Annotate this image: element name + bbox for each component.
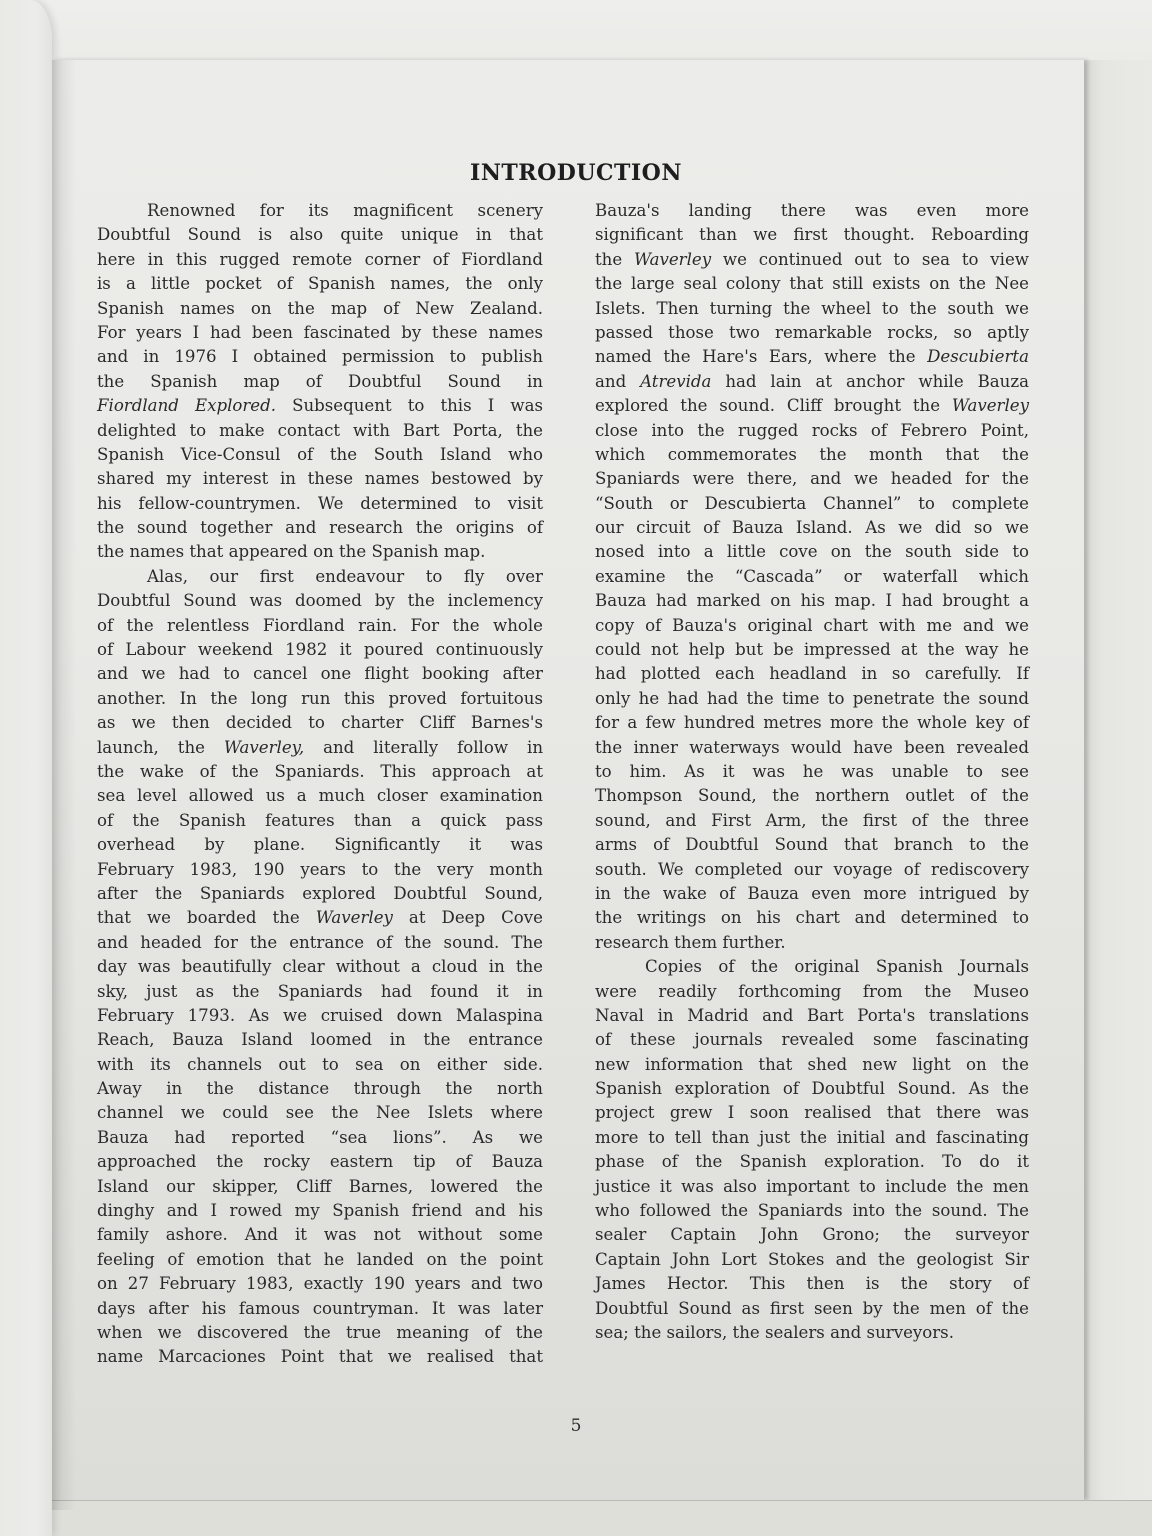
text-line: family ashore. And it was not without so…: [97, 1223, 543, 1247]
text-segment: to him. As it was he was unable to see: [595, 762, 1029, 781]
text-line: and headed for the entrance of the sound…: [97, 931, 543, 955]
text-segment: named the Hare's Ears, where the: [595, 347, 927, 366]
text-segment: Away in the distance through the north: [97, 1079, 543, 1098]
text-segment: here in this rugged remote corner of Fio…: [97, 250, 543, 269]
italic-text: Waverley: [634, 250, 711, 269]
text-segment: sealer Captain John Grono; the surveyor: [595, 1225, 1029, 1244]
page-title: INTRODUCTION: [0, 160, 1152, 186]
text-segment: the large seal colony that still exists …: [595, 274, 1029, 293]
text-line: nosed into a little cove on the south si…: [595, 540, 1029, 564]
italic-text: Waverley,: [224, 738, 304, 757]
text-segment: Reach, Bauza Island loomed in the entran…: [97, 1030, 543, 1049]
text-segment: on 27 February 1983, exactly 190 years a…: [97, 1274, 543, 1293]
text-line: Alas, our first endeavour to fly over: [97, 565, 543, 589]
text-segment: family ashore. And it was not without so…: [97, 1225, 543, 1244]
text-line: Fiordland Explored. Subsequent to this I…: [97, 394, 543, 418]
text-segment: the wake of the Spaniards. This approach…: [97, 762, 543, 781]
text-line: day was beautifully clear without a clou…: [97, 955, 543, 979]
text-segment: Spanish Vice-Consul of the South Island …: [97, 445, 543, 464]
text-segment: were readily forthcoming from the Museo: [595, 982, 1029, 1001]
text-line: sound, and First Arm, the first of the t…: [595, 809, 1029, 833]
text-line: of the relentless Fiordland rain. For th…: [97, 614, 543, 638]
text-segment: Spanish names on the map of New Zealand.: [97, 299, 543, 318]
italic-text: Fiordland Explored.: [97, 396, 276, 415]
text-segment: justice it was also important to include…: [595, 1177, 1029, 1196]
text-line: the names that appeared on the Spanish m…: [97, 540, 543, 564]
text-line: Spanish Vice-Consul of the South Island …: [97, 443, 543, 467]
text-line: explored the sound. Cliff brought the Wa…: [595, 394, 1029, 418]
text-segment: with its channels out to sea on either s…: [97, 1055, 543, 1074]
text-segment: arms of Doubtful Sound that branch to th…: [595, 835, 1029, 854]
text-line: after the Spaniards explored Doubtful So…: [97, 882, 543, 906]
text-segment: dinghy and I rowed my Spanish friend and…: [97, 1201, 543, 1220]
text-line: another. In the long run this proved for…: [97, 687, 543, 711]
text-line: were readily forthcoming from the Museo: [595, 980, 1029, 1004]
text-segment: Naval in Madrid and Bart Porta's transla…: [595, 1006, 1029, 1025]
italic-text: Waverley: [316, 908, 393, 927]
text-line: passed those two remarkable rocks, so ap…: [595, 321, 1029, 345]
text-line: which commemorates the month that the: [595, 443, 1029, 467]
text-segment: our circuit of Bauza Island. As we did s…: [595, 518, 1029, 537]
text-segment: nosed into a little cove on the south si…: [595, 542, 1029, 561]
text-segment: Doubtful Sound is also quite unique in t…: [97, 225, 543, 244]
text-line: Captain John Lort Stokes and the geologi…: [595, 1248, 1029, 1272]
text-line: Doubtful Sound as first seen by the men …: [595, 1297, 1029, 1321]
text-segment: of Labour weekend 1982 it poured continu…: [97, 640, 543, 659]
text-segment: Captain John Lort Stokes and the geologi…: [595, 1250, 1029, 1269]
text-line: who followed the Spaniards into the soun…: [595, 1199, 1029, 1223]
text-line: copy of Bauza's original chart with me a…: [595, 614, 1029, 638]
text-segment: research them further.: [595, 933, 786, 952]
text-segment: days after his famous countryman. It was…: [97, 1299, 543, 1318]
text-line: and we had to cancel one flight booking …: [97, 662, 543, 686]
text-segment: channel we could see the Nee Islets wher…: [97, 1103, 543, 1122]
text-segment: as we then decided to charter Cliff Barn…: [97, 713, 543, 732]
text-line: February 1793. As we cruised down Malasp…: [97, 1004, 543, 1028]
text-segment: name Marcaciones Point that we realised …: [97, 1347, 543, 1366]
text-segment: and headed for the entrance of the sound…: [97, 933, 543, 952]
text-line: south. We completed our voyage of redisc…: [595, 858, 1029, 882]
text-line: research them further.: [595, 931, 1029, 955]
italic-text: Descubierta: [927, 347, 1029, 366]
text-segment: shared my interest in these names bestow…: [97, 469, 543, 488]
text-segment: that we boarded the: [97, 908, 316, 927]
text-segment: significant than we first thought. Reboa…: [595, 225, 1029, 244]
text-line: the writings on his chart and determined…: [595, 906, 1029, 930]
text-line: dinghy and I rowed my Spanish friend and…: [97, 1199, 543, 1223]
text-segment: Spaniards were there, and we headed for …: [595, 469, 1029, 488]
text-segment: Doubtful Sound was doomed by the incleme…: [97, 591, 543, 610]
text-segment: James Hector. This then is the story of: [595, 1274, 1029, 1293]
text-segment: sky, just as the Spaniards had found it …: [97, 982, 543, 1001]
text-segment: which commemorates the month that the: [595, 445, 1029, 464]
text-line: project grew I soon realised that there …: [595, 1101, 1029, 1125]
text-line: that we boarded the Waverley at Deep Cov…: [97, 906, 543, 930]
text-line: and Atrevida had lain at anchor while Ba…: [595, 370, 1029, 394]
text-segment: overhead by plane. Significantly it was: [97, 835, 543, 854]
text-segment: approached the rocky eastern tip of Bauz…: [97, 1152, 543, 1171]
text-line: of these journals revealed some fascinat…: [595, 1028, 1029, 1052]
text-line: the Spanish map of Doubtful Sound in: [97, 370, 543, 394]
previous-page-edge: [0, 0, 52, 1536]
text-segment: had plotted each headland in so carefull…: [595, 664, 1029, 683]
text-column-right: Bauza's landing there was even moresigni…: [595, 199, 1029, 1345]
text-line: new information that shed new light on t…: [595, 1053, 1029, 1077]
background-surface: [0, 0, 1152, 62]
text-segment: explored the sound. Cliff brought the: [595, 396, 952, 415]
text-line: named the Hare's Ears, where the Descubi…: [595, 345, 1029, 369]
text-line: days after his famous countryman. It was…: [97, 1297, 543, 1321]
text-segment: the writings on his chart and determined…: [595, 908, 1029, 927]
text-line: with its channels out to sea on either s…: [97, 1053, 543, 1077]
text-segment: Islets. Then turning the wheel to the so…: [595, 299, 1029, 318]
text-line: as we then decided to charter Cliff Barn…: [97, 711, 543, 735]
text-segment: of the relentless Fiordland rain. For th…: [97, 616, 543, 635]
text-line: Away in the distance through the north: [97, 1077, 543, 1101]
text-line: of the Spanish features than a quick pas…: [97, 809, 543, 833]
text-segment: is a little pocket of Spanish names, the…: [97, 274, 543, 293]
text-segment: Subsequent to this I was: [276, 396, 543, 415]
text-line: more to tell than just the initial and f…: [595, 1126, 1029, 1150]
page-bottom-edge: [52, 1500, 1152, 1536]
text-segment: copy of Bauza's original chart with me a…: [595, 616, 1029, 635]
text-line: delighted to make contact with Bart Port…: [97, 419, 543, 443]
text-line: Spanish names on the map of New Zealand.: [97, 297, 543, 321]
text-segment: his fellow-countrymen. We determined to …: [97, 494, 543, 513]
text-line: in the wake of Bauza even more intrigued…: [595, 882, 1029, 906]
text-segment: sound, and First Arm, the first of the t…: [595, 811, 1029, 830]
text-segment: Alas, our first endeavour to fly over: [147, 567, 543, 586]
text-line: For years I had been fascinated by these…: [97, 321, 543, 345]
text-line: the inner waterways would have been reve…: [595, 736, 1029, 760]
text-line: on 27 February 1983, exactly 190 years a…: [97, 1272, 543, 1296]
text-line: Island our skipper, Cliff Barnes, lowere…: [97, 1175, 543, 1199]
italic-text: Waverley: [952, 396, 1029, 415]
text-line: close into the rugged rocks of Febrero P…: [595, 419, 1029, 443]
text-line: name Marcaciones Point that we realised …: [97, 1345, 543, 1369]
text-segment: of these journals revealed some fascinat…: [595, 1030, 1029, 1049]
text-line: here in this rugged remote corner of Fio…: [97, 248, 543, 272]
text-line: only he had had the time to penetrate th…: [595, 687, 1029, 711]
text-segment: Spanish exploration of Doubtful Sound. A…: [595, 1079, 1029, 1098]
text-line: justice it was also important to include…: [595, 1175, 1029, 1199]
text-line: Doubtful Sound is also quite unique in t…: [97, 223, 543, 247]
text-segment: examine the “Cascada” or waterfall which: [595, 567, 1029, 586]
text-line: Naval in Madrid and Bart Porta's transla…: [595, 1004, 1029, 1028]
text-segment: when we discovered the true meaning of t…: [97, 1323, 543, 1342]
text-segment: who followed the Spaniards into the soun…: [595, 1201, 1029, 1220]
text-line: could not help but be impressed at the w…: [595, 638, 1029, 662]
text-segment: Bauza's landing there was even more: [595, 201, 1029, 220]
text-segment: February 1983, 190 years to the very mon…: [97, 860, 543, 879]
text-segment: new information that shed new light on t…: [595, 1055, 1029, 1074]
text-line: February 1983, 190 years to the very mon…: [97, 858, 543, 882]
text-line: overhead by plane. Significantly it was: [97, 833, 543, 857]
text-segment: Copies of the original Spanish Journals: [645, 957, 1029, 976]
text-line: feeling of emotion that he landed on the…: [97, 1248, 543, 1272]
text-line: “South or Descubierta Channel” to comple…: [595, 492, 1029, 516]
text-segment: day was beautifully clear without a clou…: [97, 957, 543, 976]
text-line: Spaniards were there, and we headed for …: [595, 467, 1029, 491]
text-line: Renowned for its magnificent scenery: [97, 199, 543, 223]
text-line: of Labour weekend 1982 it poured continu…: [97, 638, 543, 662]
text-segment: the: [595, 250, 634, 269]
text-line: approached the rocky eastern tip of Bauz…: [97, 1150, 543, 1174]
text-line: sky, just as the Spaniards had found it …: [97, 980, 543, 1004]
text-segment: and: [595, 372, 640, 391]
text-line: Reach, Bauza Island loomed in the entran…: [97, 1028, 543, 1052]
text-segment: Bauza had reported “sea lions”. As we: [97, 1128, 543, 1147]
text-segment: launch, the: [97, 738, 224, 757]
text-segment: only he had had the time to penetrate th…: [595, 689, 1029, 708]
text-line: sea; the sailors, the sealers and survey…: [595, 1321, 1029, 1345]
text-segment: project grew I soon realised that there …: [595, 1103, 1029, 1122]
text-segment: passed those two remarkable rocks, so ap…: [595, 323, 1029, 342]
text-line: sealer Captain John Grono; the surveyor: [595, 1223, 1029, 1247]
text-segment: sea; the sailors, the sealers and survey…: [595, 1323, 954, 1342]
text-line: significant than we first thought. Reboa…: [595, 223, 1029, 247]
italic-text: Atrevida: [640, 372, 711, 391]
text-segment: the names that appeared on the Spanish m…: [97, 542, 485, 561]
text-line: the sound together and research the orig…: [97, 516, 543, 540]
text-segment: could not help but be impressed at the w…: [595, 640, 1029, 659]
text-line: launch, the Waverley, and literally foll…: [97, 736, 543, 760]
text-column-left: Renowned for its magnificent sceneryDoub…: [97, 199, 543, 1370]
text-line: Bauza had reported “sea lions”. As we: [97, 1126, 543, 1150]
text-segment: and we had to cancel one flight booking …: [97, 664, 543, 683]
text-segment: in the wake of Bauza even more intrigued…: [595, 884, 1029, 903]
text-segment: after the Spaniards explored Doubtful So…: [97, 884, 543, 903]
text-segment: Bauza had marked on his map. I had broug…: [595, 591, 1029, 610]
text-segment: “South or Descubierta Channel” to comple…: [595, 494, 1029, 513]
background-surface-right: [1084, 60, 1152, 1500]
binding-shadow: [52, 60, 76, 1510]
text-segment: the inner waterways would have been reve…: [595, 738, 1029, 757]
text-line: sea level allowed us a much closer exami…: [97, 784, 543, 808]
text-segment: close into the rugged rocks of Febrero P…: [595, 421, 1029, 440]
text-segment: of the Spanish features than a quick pas…: [97, 811, 543, 830]
text-line: channel we could see the Nee Islets wher…: [97, 1101, 543, 1125]
text-line: and in 1976 I obtained permission to pub…: [97, 345, 543, 369]
text-segment: Island our skipper, Cliff Barnes, lowere…: [97, 1177, 543, 1196]
text-segment: had lain at anchor while Bauza: [711, 372, 1029, 391]
text-line: Bauza had marked on his map. I had broug…: [595, 589, 1029, 613]
text-line: when we discovered the true meaning of t…: [97, 1321, 543, 1345]
text-segment: the sound together and research the orig…: [97, 518, 543, 537]
text-segment: and literally follow in: [304, 738, 543, 757]
text-segment: sea level allowed us a much closer exami…: [97, 786, 543, 805]
page-number: 5: [0, 1416, 1152, 1436]
text-segment: another. In the long run this proved for…: [97, 689, 543, 708]
text-segment: delighted to make contact with Bart Port…: [97, 421, 543, 440]
text-segment: we continued out to sea to view: [711, 250, 1029, 269]
text-segment: For years I had been fascinated by these…: [97, 323, 543, 342]
text-line: for a few hundred metres more the whole …: [595, 711, 1029, 735]
text-segment: at Deep Cove: [393, 908, 543, 927]
text-line: the Waverley we continued out to sea to …: [595, 248, 1029, 272]
text-segment: and in 1976 I obtained permission to pub…: [97, 347, 543, 366]
text-line: James Hector. This then is the story of: [595, 1272, 1029, 1296]
text-line: Thompson Sound, the northern outlet of t…: [595, 784, 1029, 808]
text-line: to him. As it was he was unable to see: [595, 760, 1029, 784]
text-line: Copies of the original Spanish Journals: [595, 955, 1029, 979]
text-line: arms of Doubtful Sound that branch to th…: [595, 833, 1029, 857]
text-line: the wake of the Spaniards. This approach…: [97, 760, 543, 784]
text-line: had plotted each headland in so carefull…: [595, 662, 1029, 686]
text-line: examine the “Cascada” or waterfall which: [595, 565, 1029, 589]
text-segment: feeling of emotion that he landed on the…: [97, 1250, 543, 1269]
text-segment: Renowned for its magnificent scenery: [147, 201, 543, 220]
text-segment: south. We completed our voyage of redisc…: [595, 860, 1029, 879]
text-line: is a little pocket of Spanish names, the…: [97, 272, 543, 296]
text-segment: the Spanish map of Doubtful Sound in: [97, 372, 543, 391]
text-line: the large seal colony that still exists …: [595, 272, 1029, 296]
text-line: our circuit of Bauza Island. As we did s…: [595, 516, 1029, 540]
text-segment: more to tell than just the initial and f…: [595, 1128, 1029, 1147]
text-line: Bauza's landing there was even more: [595, 199, 1029, 223]
text-line: shared my interest in these names bestow…: [97, 467, 543, 491]
text-line: Islets. Then turning the wheel to the so…: [595, 297, 1029, 321]
text-segment: Doubtful Sound as first seen by the men …: [595, 1299, 1029, 1318]
text-segment: Thompson Sound, the northern outlet of t…: [595, 786, 1029, 805]
text-line: Doubtful Sound was doomed by the incleme…: [97, 589, 543, 613]
text-line: Spanish exploration of Doubtful Sound. A…: [595, 1077, 1029, 1101]
text-line: phase of the Spanish exploration. To do …: [595, 1150, 1029, 1174]
text-segment: for a few hundred metres more the whole …: [595, 713, 1029, 732]
text-segment: February 1793. As we cruised down Malasp…: [97, 1006, 543, 1025]
text-line: his fellow-countrymen. We determined to …: [97, 492, 543, 516]
text-segment: phase of the Spanish exploration. To do …: [595, 1152, 1029, 1171]
